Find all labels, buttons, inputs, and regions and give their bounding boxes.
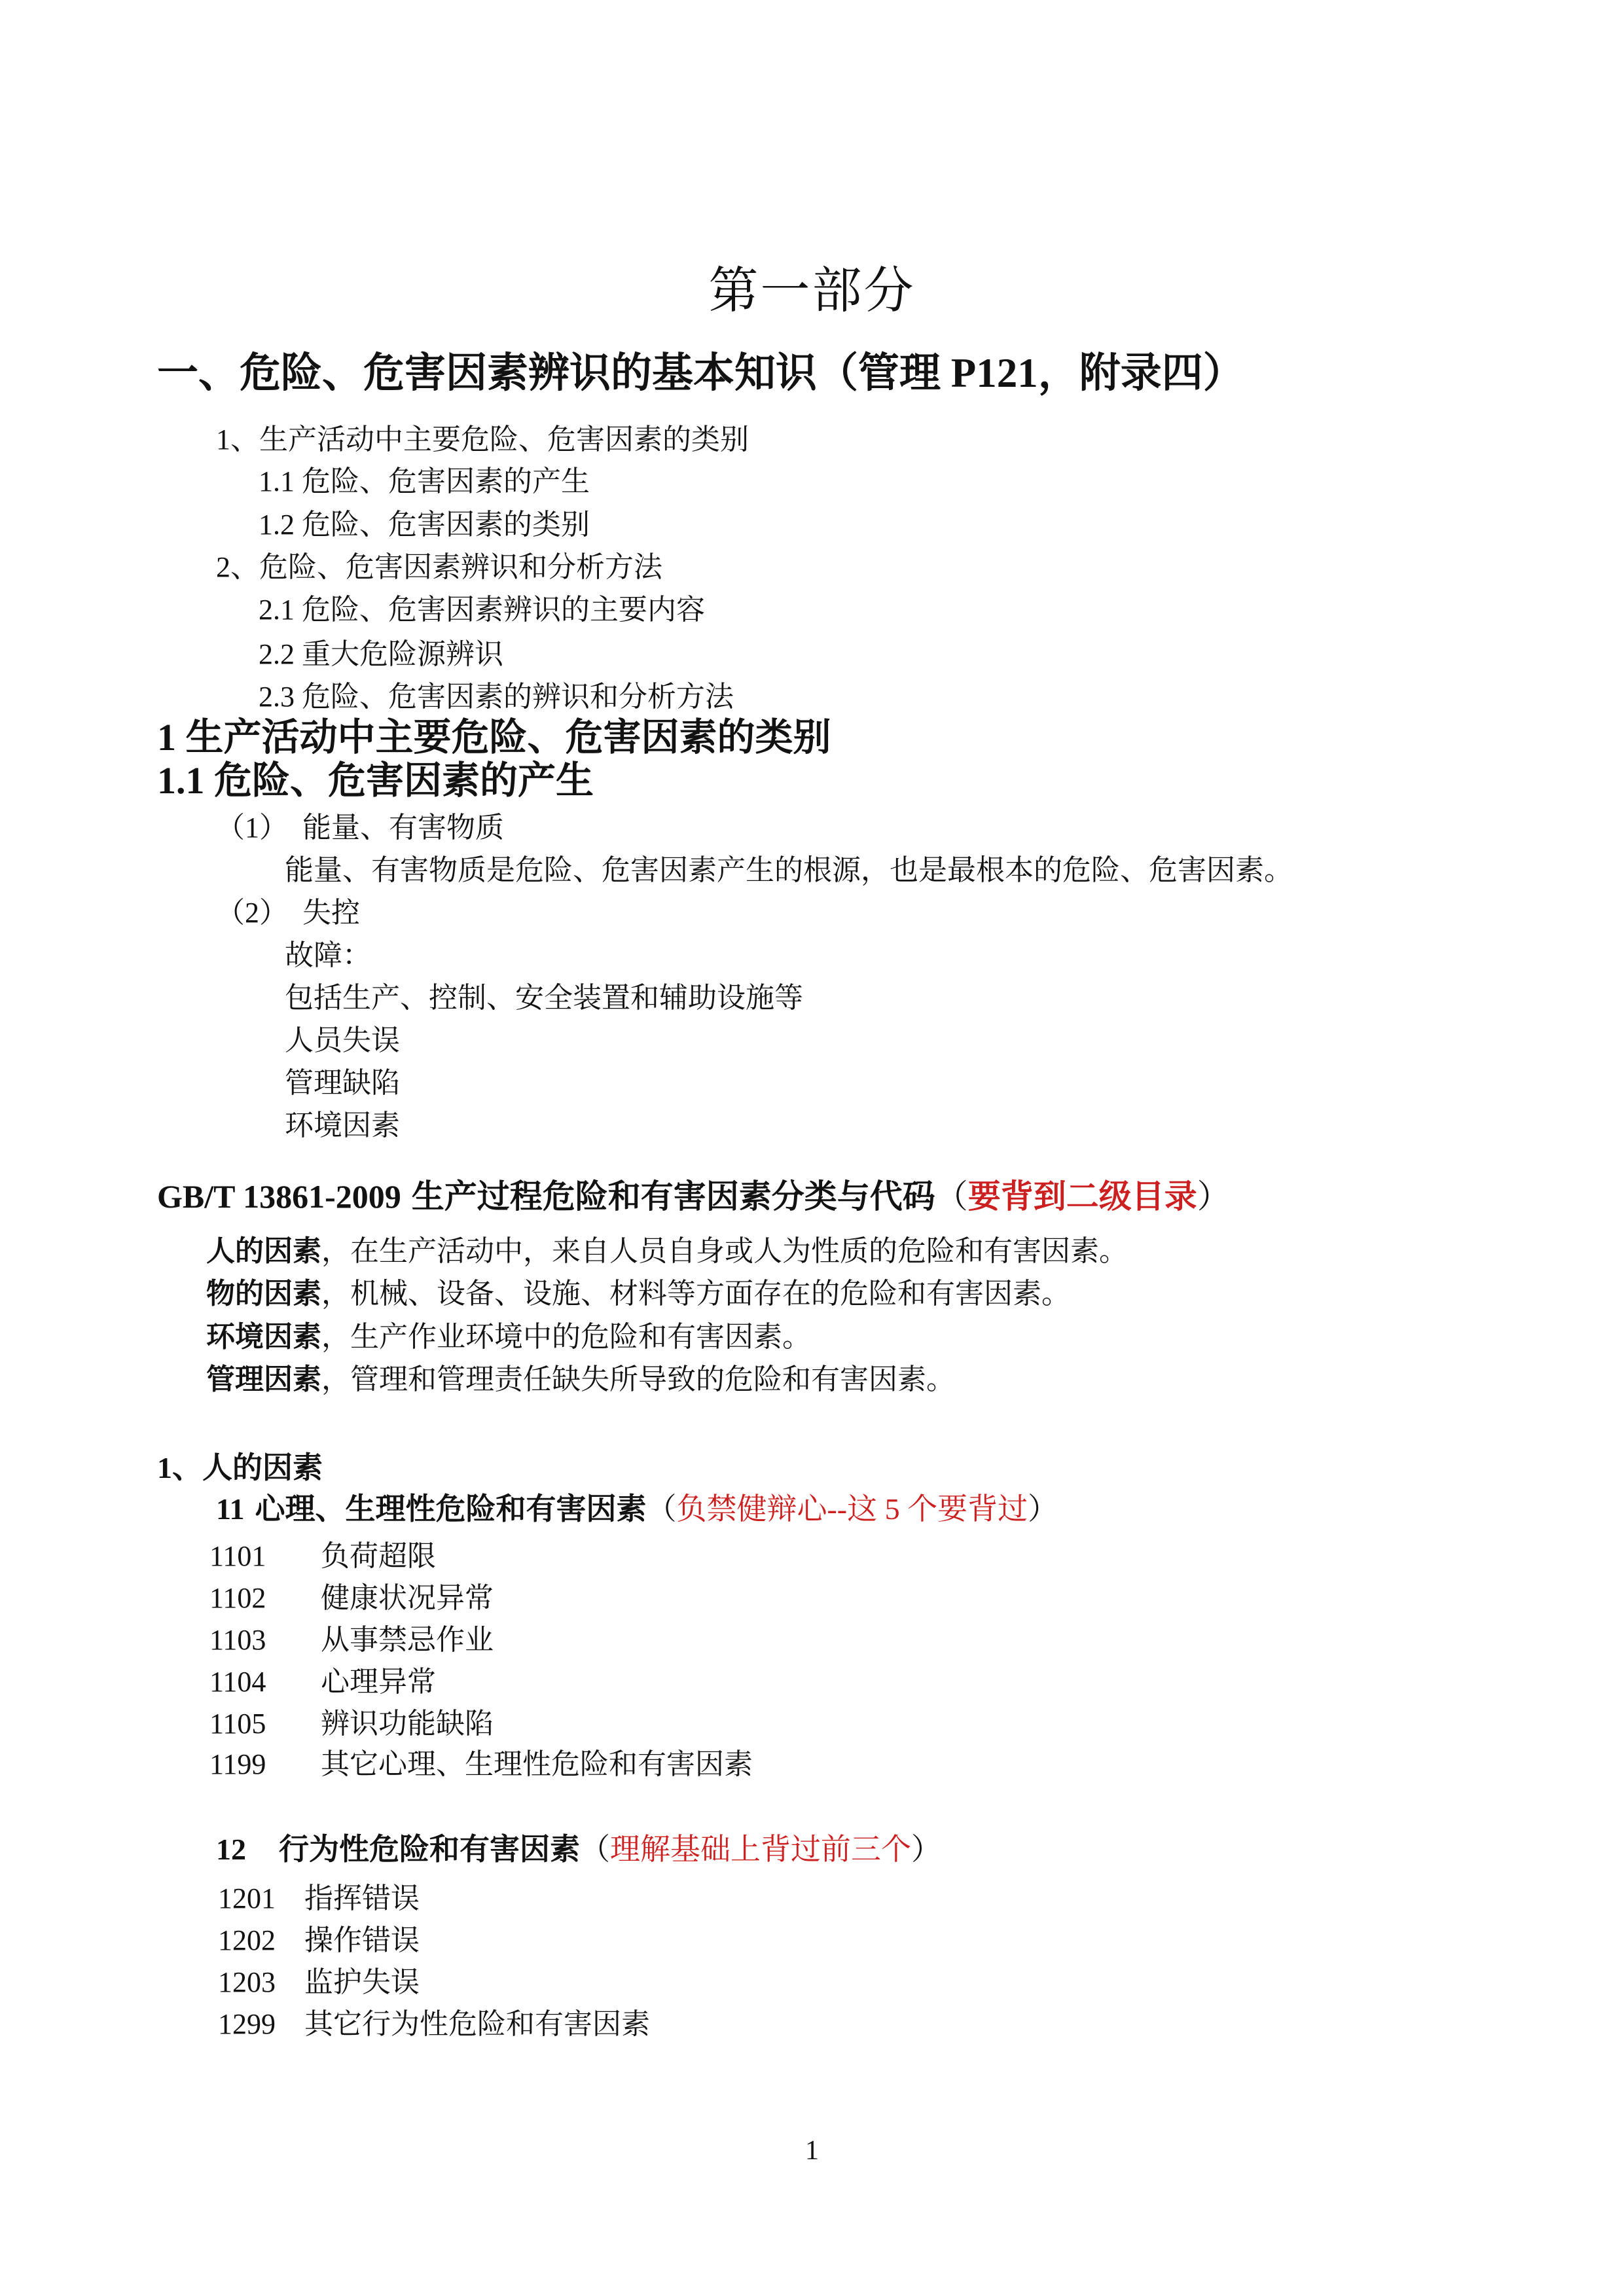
standard-heading: GB/T 13861-2009生产过程危险和有害因素分类与代码（要背到二级目录） — [157, 1178, 1230, 1216]
code-row: 1102健康状况异常 — [209, 1582, 494, 1615]
code-row: 1203监护失误 — [218, 1966, 420, 2000]
body-text: 故障： — [285, 939, 371, 973]
paren-open: （ — [580, 1833, 610, 1866]
hazard-label: 指挥错误 — [304, 1882, 420, 1914]
definition-row: 管理因素，管理和管理责任缺失所导致的危险和有害因素。 — [206, 1363, 955, 1397]
definition-term: 管理因素 — [206, 1363, 321, 1395]
hazard-label: 监护失误 — [304, 1966, 420, 1998]
category-label: 心理、生理性危险和有害因素 — [255, 1492, 646, 1526]
category-label: 行为性危险和有害因素 — [279, 1833, 580, 1866]
document-page: 第一部分 一、危险、危害因素辨识的基本知识（管理 P121，附录四） 1、生产活… — [0, 0, 1624, 2296]
paren-close: ） — [911, 1833, 941, 1866]
category-code: 12 — [216, 1833, 246, 1866]
memorize-note: 要背到二级目录 — [968, 1178, 1197, 1215]
hazard-label: 心理异常 — [321, 1666, 436, 1698]
hazard-label: 负荷超限 — [321, 1540, 436, 1572]
hazard-label: 健康状况异常 — [321, 1582, 494, 1614]
code-row: 1104心理异常 — [209, 1666, 436, 1699]
paren-close: ） — [1197, 1178, 1230, 1215]
body-text: 人员失误 — [285, 1024, 400, 1058]
hazard-code: 1203 — [218, 1966, 304, 2000]
paren-close: ） — [1028, 1492, 1058, 1526]
definition-term: 人的因素 — [206, 1235, 321, 1267]
hazard-label: 辨识功能缺陷 — [321, 1708, 494, 1740]
list-item-number: （2） — [216, 897, 288, 929]
hazard-code: 1101 — [209, 1540, 321, 1573]
paren-open: （ — [935, 1178, 968, 1215]
section-heading-1: 一、危险、危害因素辨识的基本知识（管理 P121，附录四） — [157, 350, 1244, 397]
code-row: 1201指挥错误 — [218, 1882, 420, 1916]
code-row: 1103从事禁忌作业 — [209, 1624, 494, 1657]
hazard-code: 1201 — [218, 1882, 304, 1916]
list-item: （2）失控 — [216, 897, 360, 930]
code-row: 1101负荷超限 — [209, 1540, 436, 1573]
hazard-code: 1299 — [218, 2008, 304, 2041]
body-text: 管理缺陷 — [285, 1067, 400, 1100]
document-title: 第一部分 — [0, 263, 1624, 320]
list-item-text: 失控 — [302, 897, 360, 929]
list-item-number: （1） — [216, 812, 288, 844]
standard-title: 生产过程危险和有害因素分类与代码 — [412, 1178, 935, 1215]
memorize-note: 理解基础上背过前三个 — [610, 1833, 911, 1866]
category-code: 11 — [216, 1492, 244, 1526]
definition-text: ，机械、设备、设施、材料等方面存在的危险和有害因素。 — [321, 1278, 1070, 1310]
category-11-heading: 11心理、生理性危险和有害因素（负禁健辩心--这 5 个要背过） — [216, 1492, 1058, 1527]
subsection-heading: 1.1 危险、危害因素的产生 — [157, 759, 594, 803]
hazard-label: 从事禁忌作业 — [321, 1624, 494, 1656]
definition-row: 人的因素，在生产活动中，来自人员自身或人为性质的危险和有害因素。 — [206, 1235, 1128, 1268]
definition-row: 物的因素，机械、设备、设施、材料等方面存在的危险和有害因素。 — [206, 1278, 1070, 1311]
hazard-code: 1199 — [209, 1748, 321, 1782]
definition-text: ，生产作业环境中的危险和有害因素。 — [321, 1321, 811, 1353]
outline-item: 1.2 危险、危害因素的类别 — [259, 509, 590, 542]
memorize-note: 负禁健辩心--这 5 个要背过 — [676, 1492, 1028, 1526]
subsection-heading: 1 生产活动中主要危险、危害因素的类别 — [157, 716, 831, 760]
paren-open: （ — [646, 1492, 676, 1526]
outline-item: 1、生产活动中主要危险、危害因素的类别 — [216, 423, 749, 457]
hazard-code: 1104 — [209, 1666, 321, 1699]
body-text: 能量、有害物质是危险、危害因素产生的根源，也是最根本的危险、危害因素。 — [285, 854, 1293, 888]
outline-item: 2.3 危险、危害因素的辨识和分析方法 — [259, 681, 734, 714]
hazard-label: 操作错误 — [304, 1924, 420, 1956]
page-number: 1 — [0, 2135, 1624, 2166]
definition-term: 环境因素 — [206, 1321, 321, 1353]
definition-row: 环境因素，生产作业环境中的危险和有害因素。 — [206, 1321, 811, 1354]
body-text: 包括生产、控制、安全装置和辅助设施等 — [285, 982, 803, 1015]
definition-text: ，管理和管理责任缺失所导致的危险和有害因素。 — [321, 1363, 955, 1395]
code-row: 1202操作错误 — [218, 1924, 420, 1958]
hazard-code: 1202 — [218, 1924, 304, 1958]
category-12-heading: 12行为性危险和有害因素（理解基础上背过前三个） — [216, 1833, 941, 1867]
hazard-code: 1103 — [209, 1624, 321, 1657]
list-item-text: 能量、有害物质 — [302, 812, 504, 844]
outline-item: 2.1 危险、危害因素辨识的主要内容 — [259, 594, 705, 627]
definition-text: ，在生产活动中，来自人员自身或人为性质的危险和有害因素。 — [321, 1235, 1128, 1267]
code-row: 1105辨识功能缺陷 — [209, 1708, 494, 1741]
hazard-code: 1105 — [209, 1708, 321, 1741]
outline-item: 2、危险、危害因素辨识和分析方法 — [216, 551, 662, 584]
list-item: （1）能量、有害物质 — [216, 812, 504, 845]
outline-item: 2.2 重大危险源辨识 — [259, 638, 503, 672]
definition-term: 物的因素 — [206, 1278, 321, 1310]
category-heading: 1、人的因素 — [157, 1451, 323, 1486]
code-row: 1299其它行为性危险和有害因素 — [218, 2008, 650, 2041]
standard-code: GB/T 13861-2009 — [157, 1178, 401, 1215]
hazard-label: 其它心理、生理性危险和有害因素 — [321, 1748, 753, 1780]
outline-item: 1.1 危险、危害因素的产生 — [259, 465, 590, 499]
body-text: 环境因素 — [285, 1109, 400, 1143]
hazard-label: 其它行为性危险和有害因素 — [304, 2008, 650, 2040]
code-row: 1199其它心理、生理性危险和有害因素 — [209, 1748, 753, 1782]
hazard-code: 1102 — [209, 1582, 321, 1615]
